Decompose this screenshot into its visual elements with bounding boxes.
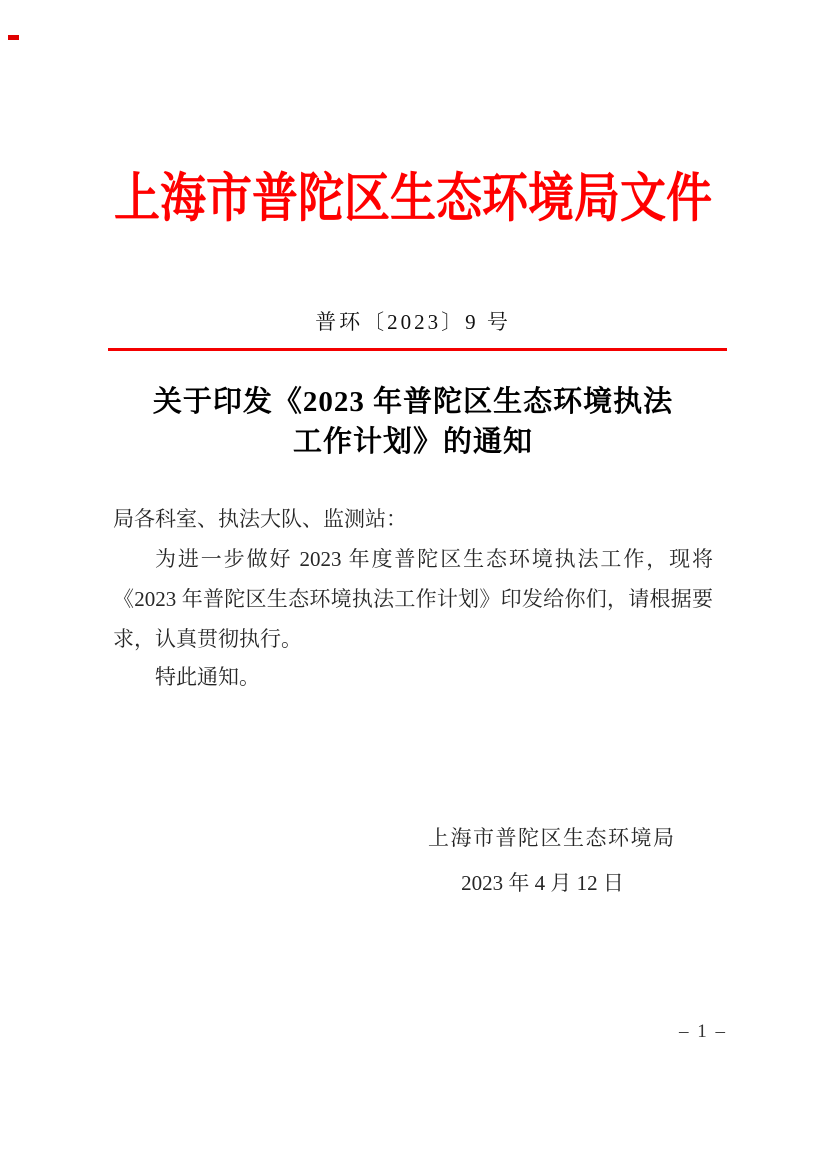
notice-title: 关于印发《2023 年普陀区生态环境执法 工作计划》的通知 <box>0 382 826 462</box>
page-number: – 1 – <box>679 1021 727 1043</box>
body-paragraph-line-2: 《2023 年普陀区生态环境执法工作计划》印发给你们，请根据要 <box>113 586 713 612</box>
masthead-title: 上海市普陀区生态环境局文件 <box>0 156 826 232</box>
notice-title-line-1: 关于印发《2023 年普陀区生态环境执法 <box>0 382 826 422</box>
salutation: 局各科室、执法大队、监测站： <box>113 506 713 532</box>
red-divider-rule <box>108 348 727 351</box>
signature-date: 2023 年 4 月 12 日 <box>455 867 630 897</box>
closing-phrase: 特此通知。 <box>113 664 713 690</box>
body-paragraph-line-3: 求，认真贯彻执行。 <box>113 626 713 652</box>
signature-organization: 上海市普陀区生态环境局 <box>428 822 672 852</box>
corner-red-mark <box>8 35 19 40</box>
document-page: 上海市普陀区生态环境局文件 普环〔2023〕9 号 关于印发《2023 年普陀区… <box>0 0 826 1169</box>
document-number: 普环〔2023〕9 号 <box>0 306 826 336</box>
body-paragraph-line-1: 为进一步做好 2023 年度普陀区生态环境执法工作，现将 <box>113 546 713 572</box>
notice-title-line-2: 工作计划》的通知 <box>0 422 826 462</box>
